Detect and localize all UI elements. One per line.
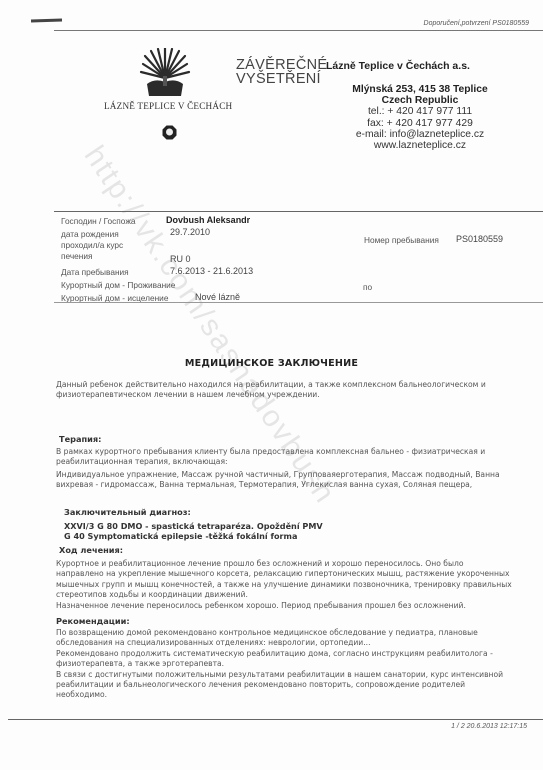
therapy-list-line: вихревая - гидромассаж, Ванна термальная…: [56, 480, 542, 490]
therapy-text: В рамках курортного пребывания клиенту б…: [56, 447, 542, 468]
page-number-timestamp: 1 / 2 20.6.2013 12:17:15: [451, 723, 527, 730]
therapy-heading: Терапия:: [59, 434, 101, 444]
birth-label: дата рождения: [61, 229, 119, 239]
stay-number-value: PS0180559: [456, 234, 503, 244]
scan-mark: [31, 18, 62, 22]
treatment-course-heading: Ход лечения:: [59, 545, 123, 555]
by-label: по: [363, 282, 372, 292]
therapy-line: реабилитационная терапия, включающая:: [56, 457, 542, 467]
doc-type-line-1: ZÁVĚREČNÉ: [236, 58, 327, 72]
email: e-mail: info@lazneteplice.cz: [326, 129, 514, 140]
treatment-line: направлено на укрепление мышечного корсе…: [56, 569, 542, 579]
name-label: Господин / Госпожа: [61, 216, 135, 226]
company-address: Mlýnská 253, 415 38 Teplice Czech Republ…: [326, 84, 514, 151]
intro-line: Данный ребенок действительно находился н…: [56, 380, 542, 390]
diagnosis-text: XXVI/3 G 80 DMO - spastická tetraparéza.…: [64, 521, 323, 541]
recommendation-line: физиотерапевта, а также эрготерапевта.: [56, 659, 542, 669]
footer-divider: [8, 719, 543, 720]
therapy-line: В рамках курортного пребывания клиенту б…: [56, 447, 542, 457]
name-value: Dovbush Aleksandr: [166, 215, 250, 225]
treatment-line: Курортное и реабилитационное лечение про…: [56, 559, 542, 569]
treatment-line: стереотипов ходьбы и координации движени…: [56, 590, 542, 600]
birth-value: 29.7.2010: [170, 227, 210, 237]
resort-house-label: Курортный дом - Проживание: [61, 280, 175, 290]
diagnosis-heading: Заключительный диагноз:: [64, 507, 191, 517]
fax: fax: + 420 417 977 429: [326, 118, 514, 129]
recommendation-line: обследования на специализированных отдел…: [56, 638, 542, 648]
doc-type-line-2: VYŠETŘENÍ: [236, 72, 327, 86]
recommendation-line: По возвращению домой рекомендовано контр…: [56, 628, 542, 638]
logo-caption: LÁZNĚ TEPLICE V ČECHÁCH: [104, 101, 232, 111]
certification-badge-icon: [162, 125, 177, 140]
therapy-list-line: Индивидуальное упражнение, Массаж ручной…: [56, 470, 542, 480]
recommendations-text: По возвращению домой рекомендовано контр…: [56, 628, 542, 701]
phone: tel.: + 420 417 977 111: [326, 106, 514, 117]
stay-dates-label: Дата пребывания: [61, 267, 129, 277]
conclusion-intro: Данный ребенок действительно находился н…: [56, 380, 542, 401]
recommendation-line: реабилитации и бальнеологического лечени…: [56, 680, 542, 690]
company-name: Lázně Teplice v Čechách a.s.: [326, 60, 470, 72]
course-value: RU 0: [170, 254, 191, 264]
document-type-title: ZÁVĚREČNÉ VYŠETŘENÍ: [236, 58, 327, 86]
recommendation-line: Рекомендовано продолжить систематическую…: [56, 649, 542, 659]
info-divider-top: [54, 211, 543, 212]
diagnosis-line: XXVI/3 G 80 DMO - spastická tetraparéza.…: [64, 521, 323, 531]
info-divider-bottom: [54, 302, 543, 303]
stay-number-label: Номер пребывания: [364, 235, 439, 245]
treatment-course-text: Курортное и реабилитационное лечение про…: [56, 559, 542, 611]
course-label-1: проходил/а курс: [61, 240, 123, 250]
healing-house-value: Nové lázně: [195, 292, 240, 302]
website: www.lazneteplice.cz: [326, 140, 514, 151]
stay-dates-value: 7.6.2013 - 21.6.2013: [170, 266, 253, 276]
recommendation-line: необходимо.: [56, 690, 542, 700]
treatment-line: мышечных групп и мышц конечностей, а так…: [56, 580, 542, 590]
recommendation-line: В связи с достигнутыми положительными ре…: [56, 670, 542, 680]
spa-fountain-logo-icon: [137, 48, 193, 98]
document-reference: Doporučení,potvrzení PS0180559: [424, 20, 529, 27]
course-label-2: печения: [61, 251, 92, 261]
diagnosis-line: G 40 Symptomatická epilepsie -těžká foká…: [64, 531, 323, 541]
treatment-line: Назначенное лечение переносилось ребенко…: [56, 601, 542, 611]
medical-conclusion-title: МЕДИЦИНСКОЕ ЗАКЛЮЧЕНИЕ: [0, 358, 543, 369]
intro-line: физиотерапевтическом лечении в нашем леч…: [56, 390, 542, 400]
address-street: Mlýnská 253, 415 38 Teplice: [326, 84, 514, 95]
recommendations-heading: Рекомендации:: [56, 616, 130, 626]
therapy-list: Индивидуальное упражнение, Массаж ручной…: [56, 470, 542, 491]
top-divider: [54, 30, 543, 31]
address-country: Czech Republic: [326, 95, 514, 106]
